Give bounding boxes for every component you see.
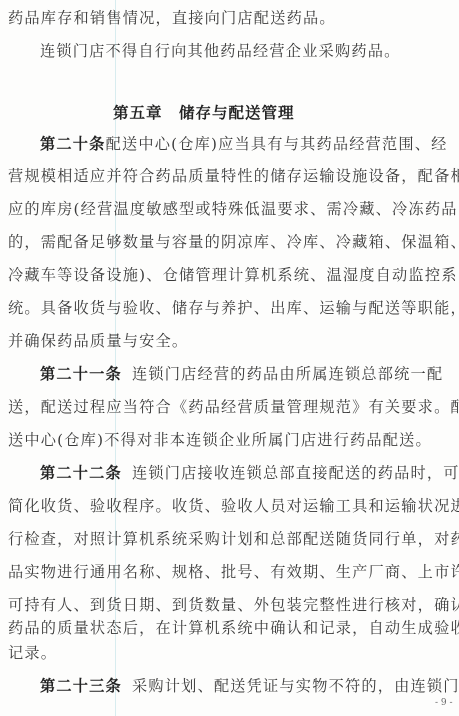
page-number: - 9 -: [435, 698, 453, 708]
article-21-first-line: 第二十一条连锁门店经营的药品由所属连锁总部统一配: [40, 364, 459, 384]
text-line: 简化收货、验收程序。收货、验收人员对运输工具和运输状况进: [8, 496, 452, 516]
text-line: 品实物进行通用名称、规格、批号、有效期、生产厂商、上市许: [8, 562, 452, 582]
text-line: 记录。: [8, 643, 452, 663]
text-line: 统。具备收货与验收、储存与养护、出库、运输与配送等职能，: [8, 298, 452, 318]
article-text: 连锁门店接收连锁总部直接配送的药品时，可: [122, 464, 459, 482]
article-text: 连锁门店经营的药品由所属连锁总部统一配: [122, 365, 443, 383]
article-number: 第二十条: [40, 135, 106, 153]
text-line: 送，配送过程应当符合《药品经营质量管理规范》有关要求。配: [8, 397, 452, 417]
text-line: 营规模相适应并符合药品质量特性的储存运输设施设备，配备相: [8, 166, 452, 186]
text-line: 并确保药品质量与安全。: [8, 331, 452, 351]
text-line: 的，需配备足够数量与容量的阴凉库、冷库、冷藏箱、保温箱、: [8, 232, 452, 252]
article-22-first-line: 第二十二条连锁门店接收连锁总部直接配送的药品时，可: [40, 463, 459, 483]
article-text: 配送中心(仓库)应当具有与其药品经营范围、经: [106, 135, 448, 153]
article-number: 第二十三条: [40, 677, 122, 695]
text-line: 连锁门店不得自行向其他药品经营企业采购药品。: [40, 41, 459, 61]
text-line: 药品库存和销售情况，直接向门店配送药品。: [8, 8, 452, 28]
text-line: 可持有人、到货日期、到货数量、外包装完整性进行核对，确认: [8, 595, 452, 615]
chapter-heading: 第五章 储存与配送管理: [113, 101, 295, 123]
text-line: 行检查，对照计算机系统采购计划和总部配送随货同行单，对药: [8, 529, 452, 549]
article-number: 第二十二条: [40, 464, 122, 482]
article-20-first-line: 第二十条配送中心(仓库)应当具有与其药品经营范围、经: [40, 134, 459, 154]
text-line: 应的库房(经营温度敏感型或特殊低温要求、需冷藏、冷冻药品: [8, 199, 452, 219]
text-line: 送中心(仓库)不得对非本连锁企业所属门店进行药品配送。: [8, 430, 452, 450]
article-number: 第二十一条: [40, 365, 122, 383]
text-line: 药品的质量状态后，在计算机系统中确认和记录，自动生成验收: [8, 618, 452, 638]
article-23-first-line: 第二十三条采购计划、配送凭证与实物不符的，由连锁门: [40, 676, 459, 696]
text-line: 冷藏车等设备设施)、仓储管理计算机系统、温湿度自动监控系: [8, 265, 452, 285]
article-text: 采购计划、配送凭证与实物不符的，由连锁门: [122, 677, 459, 695]
